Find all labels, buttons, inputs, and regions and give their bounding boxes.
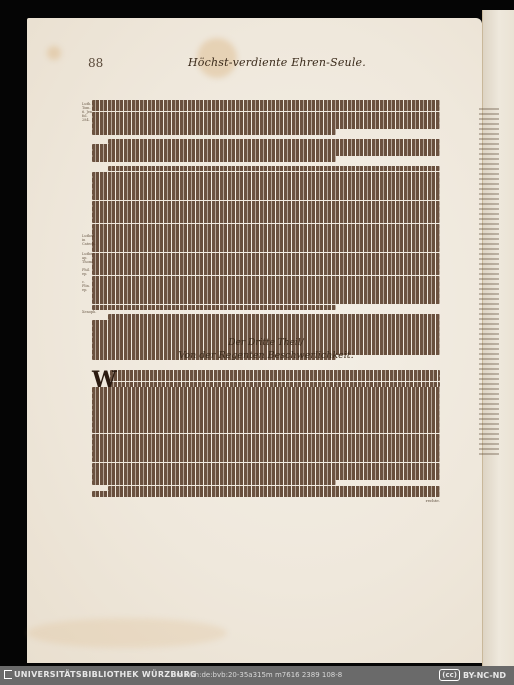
- page-number: 88: [88, 56, 103, 70]
- book-page-right: [482, 10, 514, 666]
- document-viewer: 88 Höchst-verdiente Ehren-Seule. Luth. T…: [0, 0, 514, 666]
- license-link[interactable]: (cc) BY-NC-ND: [439, 669, 506, 681]
- page-header: 88 Höchst-verdiente Ehren-Seule.: [88, 56, 443, 70]
- body-text-part-2: [92, 100, 440, 361]
- viewer-footer: UNIVERSITÄTSBIBLIOTHEK WÜRZBURG urn:nbn:…: [0, 666, 514, 685]
- license-label: BY-NC-ND: [463, 671, 506, 680]
- page-stain: [27, 618, 227, 648]
- drop-capital: W: [92, 370, 108, 390]
- part-heading: Der Dritte Theil/: [92, 338, 440, 348]
- running-head: Höchst-verdiente Ehren-Seule.: [188, 56, 366, 69]
- urn-identifier: urn:nbn:de:bvb:20-35a315m m7616 2389 108…: [0, 671, 514, 679]
- part-subheading: Von der Regenten Beschwerlichkeit.: [92, 350, 440, 361]
- body-text-part-3: W rechte.: [92, 370, 440, 503]
- catchword: rechte.: [92, 498, 440, 503]
- page-stain: [47, 46, 61, 60]
- facing-page-text: [479, 108, 499, 458]
- creative-commons-icon: (cc): [439, 669, 460, 681]
